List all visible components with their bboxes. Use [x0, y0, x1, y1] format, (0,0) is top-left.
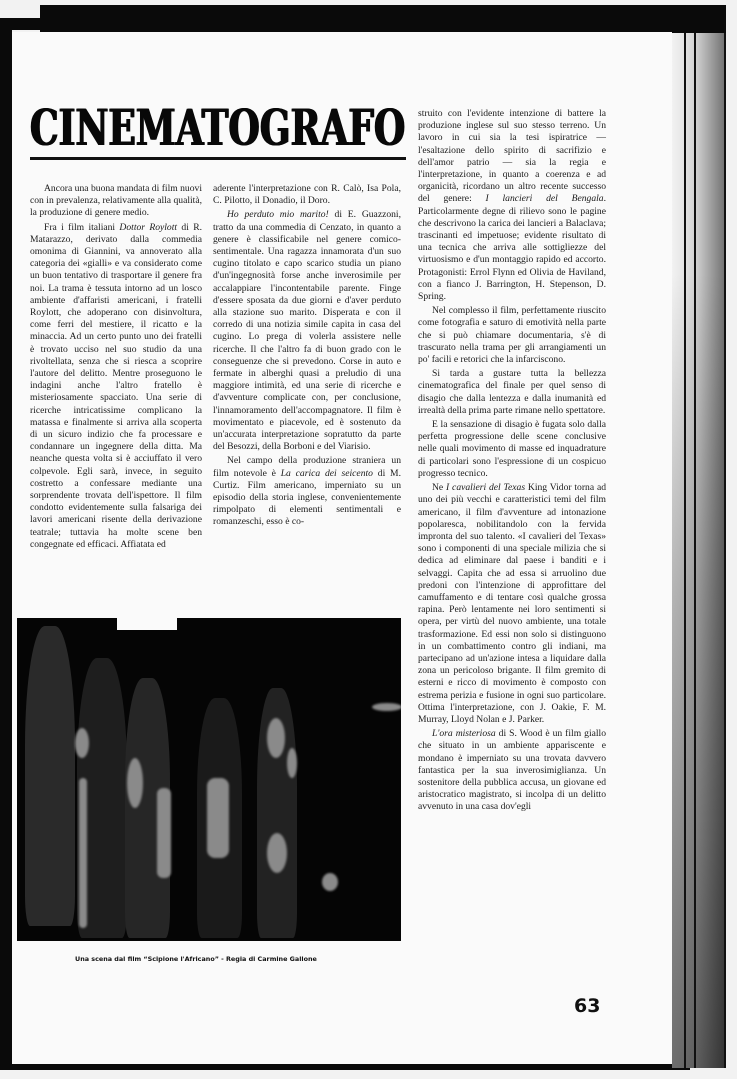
paragraph: Fra i film italiani Dottor Roylott di R.…	[30, 222, 202, 551]
page-title: CINEMATOGRAFO	[30, 100, 296, 156]
paragraph: aderente l'interpretazione con R. Calò, …	[213, 183, 401, 207]
spine-shadow	[672, 273, 726, 1068]
text-column-3: struito con l'evidente intenzione di bat…	[418, 108, 606, 814]
scan-border-bottom	[0, 1064, 690, 1070]
spine-line	[684, 33, 686, 1068]
scan-border-top	[40, 5, 726, 33]
paragraph: L'ora misteriosa di S. Wood è un film gi…	[418, 728, 606, 813]
photo-highlight	[75, 728, 89, 758]
photo-highlight	[372, 703, 401, 711]
spine-line	[724, 33, 726, 1068]
paragraph: E la sensazione di disagio è fugata solo…	[418, 419, 606, 480]
photo-sky	[117, 618, 177, 630]
book-spine-edge	[672, 33, 726, 1068]
photo-highlight	[322, 873, 338, 891]
photo-highlight	[207, 778, 229, 858]
photo-highlight	[127, 758, 143, 808]
photo-highlight	[157, 788, 171, 878]
scan-border-left	[0, 18, 12, 1070]
page-number: 63	[574, 995, 600, 1017]
paragraph: Ne I cavalieri del Texas King Vidor torn…	[418, 482, 606, 726]
title-rule	[30, 157, 406, 160]
paragraph: Nel complesso il film, perfettamente riu…	[418, 305, 606, 366]
paragraph: Nel campo della produzione straniera un …	[213, 455, 401, 528]
paragraph: Ho perduto mio marito! di E. Guazzoni, t…	[213, 209, 401, 453]
paragraph: struito con l'evidente intenzione di bat…	[418, 108, 606, 303]
photo-figure	[25, 626, 75, 926]
spine-line	[694, 33, 696, 1068]
photo-highlight	[267, 833, 287, 873]
text-column-1: Ancora una buona mandata di film nuovi c…	[30, 183, 202, 551]
photo-highlight	[267, 718, 285, 758]
photo-highlight	[287, 748, 297, 778]
text-column-2: aderente l'interpretazione con R. Calò, …	[213, 183, 401, 529]
photo-caption: Una scena dal film “Scipione l'Africano”…	[75, 955, 375, 963]
paragraph: Si tarda a gustare tutta la bellezza cin…	[418, 368, 606, 417]
photo-highlight	[79, 778, 87, 928]
film-still-photo	[17, 618, 401, 941]
paragraph: Ancora una buona mandata di film nuovi c…	[30, 183, 202, 220]
